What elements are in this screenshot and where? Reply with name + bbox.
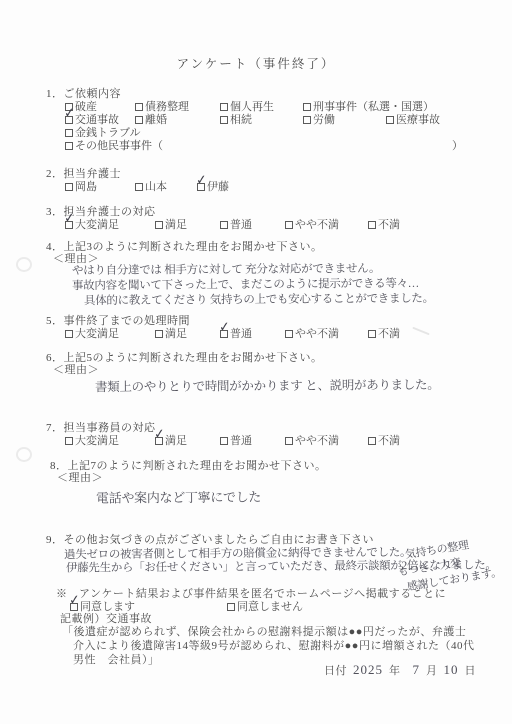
handwritten-answer: 具体的に教えてくださり 気持ちの上でも安心することができました。 [84, 290, 434, 308]
checkbox-option: 離婚 [135, 111, 220, 127]
checkbox-option: やや不満 [285, 325, 368, 341]
checkbox-option: 相続 [220, 111, 303, 127]
q2-option-row: 岡島山本✓伊藤 [65, 178, 229, 196]
checkbox-option: 満足 [155, 216, 220, 232]
checkbox-label: 離婚 [145, 114, 167, 126]
example-line: 男性 会社員）」 [73, 651, 160, 667]
checkmark-icon: ✓ [195, 173, 207, 189]
checkbox-icon [368, 437, 376, 445]
checkbox-option: ✓大変満足 [65, 216, 155, 232]
checkbox-option: やや不満 [285, 432, 368, 448]
checkbox-label: 大変満足 [75, 219, 119, 231]
checkbox-option: 不満 [368, 432, 400, 448]
checkbox-icon [65, 142, 73, 150]
checkbox-label: 大変満足 [75, 435, 119, 447]
checkbox-option: やや不満 [285, 216, 368, 232]
checkbox-label: 満足 [165, 328, 187, 340]
handwritten-answer: 書類上のやりとりで時間がかかります と、説明がありました。 [95, 375, 440, 395]
checkbox-label: 普通 [230, 328, 252, 340]
checkbox-icon [220, 116, 228, 124]
date-month-unit: 月 [426, 665, 438, 677]
checkbox-label: 相続 [230, 114, 252, 126]
checkbox-label: 労働 [313, 114, 335, 126]
date-day-unit: 日 [465, 665, 477, 677]
date-year-unit: 年 [389, 665, 401, 677]
survey-document: アンケート（事件終了） 1．ご依頼内容 破産債務整理個人再生刑事事件（私選・国選… [0, 0, 512, 724]
checkbox-icon [303, 116, 311, 124]
checkbox-icon [220, 437, 228, 445]
date-line: 日付 2025 年 7 月 10 日 [322, 661, 478, 679]
checkbox-icon [285, 437, 293, 445]
checkbox-label: 岡島 [75, 181, 97, 193]
reason-label: ＜理由＞ [53, 361, 99, 377]
checkbox-label: 大変満足 [75, 328, 119, 340]
hole-punch-mark [16, 447, 32, 462]
checkbox-option: 不満 [368, 325, 400, 341]
q1-other-paren-close: ） [452, 137, 464, 153]
checkbox-option: 岡島 [65, 178, 135, 194]
checkbox-icon [220, 103, 228, 111]
checkbox-icon [303, 103, 311, 111]
checkbox-label: やや不満 [295, 435, 339, 447]
checkbox-icon [65, 183, 73, 191]
scan-smudge [412, 327, 429, 336]
checkbox-option: ✓満足 [155, 432, 220, 448]
date-day-handwritten: 10 [444, 662, 459, 677]
checkbox-label: 伊藤 [207, 181, 229, 193]
checkbox-option: 労働 [303, 111, 386, 127]
checkbox-icon [155, 330, 163, 338]
checkbox-label: やや不満 [295, 328, 339, 340]
checkbox-option: ✓伊藤 [197, 178, 229, 194]
page-title: アンケート（事件終了） [0, 54, 512, 72]
checkbox-icon [135, 103, 143, 111]
handwritten-answer: 電話や案内など丁寧にでした [96, 486, 261, 506]
checkbox-icon [386, 116, 394, 124]
checkbox-icon [155, 221, 163, 229]
checkbox-label: 普通 [230, 219, 252, 231]
date-label: 日付 [324, 665, 347, 677]
checkbox-option: 医療事故 [386, 111, 440, 127]
q3-option-row: ✓大変満足満足普通やや不満不満 [65, 216, 400, 234]
checkbox-option: ✓普通 [220, 325, 285, 341]
checkbox-option: 山本 [135, 178, 197, 194]
q7-option-row: 大変満足✓満足普通やや不満不満 [65, 432, 400, 450]
checkbox-label: 山本 [145, 181, 167, 193]
checkbox-icon [368, 330, 376, 338]
checkbox-icon [227, 603, 235, 611]
checkmark-icon: ✓ [218, 320, 230, 336]
date-year-handwritten: 2025 [353, 662, 383, 677]
checkbox-icon [220, 221, 228, 229]
checkbox-label: 不満 [378, 328, 400, 340]
date-month-handwritten: 7 [413, 662, 421, 677]
checkbox-icon [65, 330, 73, 338]
checkmark-icon: ✓ [68, 593, 80, 609]
checkbox-icon [368, 221, 376, 229]
checkbox-label: 満足 [165, 435, 187, 447]
checkmark-icon: ✓ [153, 427, 165, 443]
checkbox-icon [65, 129, 73, 137]
checkbox-option: 大変満足 [65, 325, 155, 341]
checkbox-icon [285, 221, 293, 229]
checkbox-option: 同意しません [227, 598, 303, 614]
checkbox-label: やや不満 [295, 219, 339, 231]
checkbox-label: 不満 [378, 219, 400, 231]
checkbox-option: 満足 [155, 325, 220, 341]
hole-punch-mark [16, 257, 32, 272]
checkbox-icon [135, 183, 143, 191]
checkbox-icon [285, 330, 293, 338]
checkbox-label: 普通 [230, 435, 252, 447]
checkbox-option: その他民事事件（ [65, 137, 163, 153]
checkmark-icon: ✓ [63, 106, 75, 122]
checkbox-label: 満足 [165, 219, 187, 231]
q5-option-row: 大変満足満足✓普通やや不満不満 [65, 325, 400, 343]
checkbox-icon [65, 437, 73, 445]
reason-label: ＜理由＞ [57, 469, 103, 485]
q1-option-row-4: その他民事事件（ [65, 137, 163, 155]
checkbox-label: 医療事故 [396, 114, 440, 126]
checkbox-option: 不満 [368, 216, 400, 232]
checkbox-option: 普通 [220, 216, 285, 232]
checkbox-option: 大変満足 [65, 432, 155, 448]
checkbox-label: 同意しません [237, 601, 303, 613]
checkbox-label: その他民事事件（ [75, 140, 163, 152]
checkbox-option: 普通 [220, 432, 285, 448]
checkmark-icon: ✓ [63, 211, 75, 227]
checkbox-label: 不満 [378, 435, 400, 447]
checkbox-icon [135, 116, 143, 124]
